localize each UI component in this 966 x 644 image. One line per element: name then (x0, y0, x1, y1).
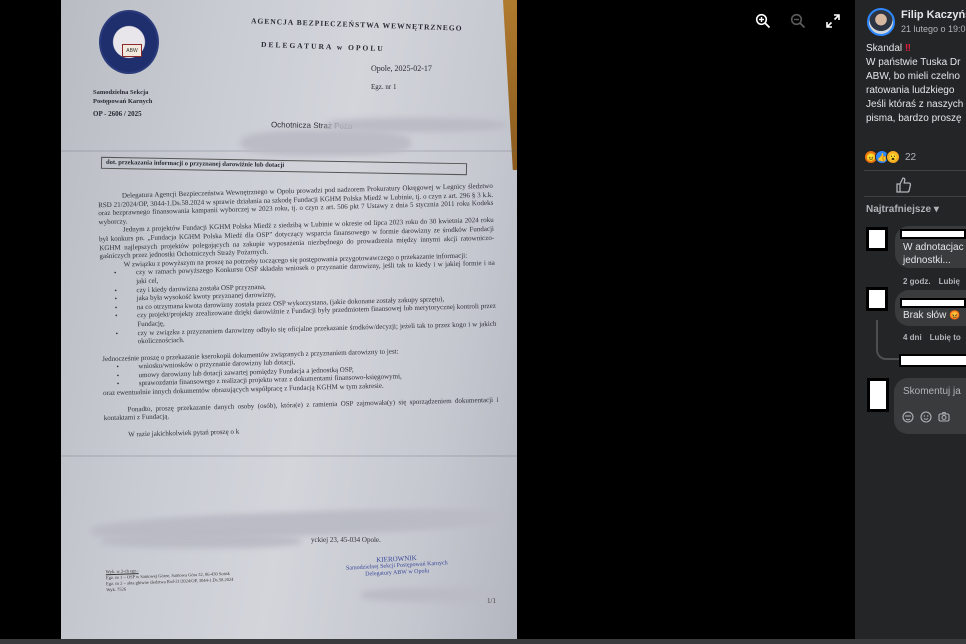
wow-reaction-icon: 😮 (886, 150, 900, 164)
bottom-bar (0, 639, 966, 644)
page-number: 1/1 (487, 597, 496, 605)
comment-line: jednostki... (903, 254, 964, 267)
comment-time[interactable]: 2 godz. (903, 277, 931, 286)
post-side-panel: Filip Kaczyński 21 lutego o 19:0 Skandal… (855, 0, 966, 639)
zoom-out-button[interactable] (787, 10, 809, 32)
comment-sort-dropdown[interactable]: Najtrafniejsze ▾ (866, 204, 939, 215)
current-user-avatar (867, 378, 889, 412)
abw-logo: ABW (99, 10, 159, 74)
agency-header: AGENCJA BEZPIECZEŃSTWA WEWNĘTRZNEGO (251, 16, 463, 32)
comment-text: W adnotacjac jednostki... (903, 241, 964, 267)
expand-icon (825, 13, 841, 29)
signature-stamp: KIEROWNIK Samodzielnej Sekcji Postępowań… (346, 553, 449, 579)
post-line: Skandal (866, 43, 902, 54)
redaction-blur (241, 130, 411, 156)
reference-number: OP - 2606 / 2025 (93, 110, 142, 118)
logo-text: ABW (122, 44, 142, 57)
zoom-in-icon (755, 13, 771, 29)
redaction-blur (361, 588, 491, 602)
thumbs-up-icon (895, 176, 913, 194)
comment-text: Brak słów 😡 (903, 309, 960, 322)
comment-meta: 2 godz.Lubię (903, 277, 960, 286)
exclamation-icon: ‼ (905, 43, 911, 54)
zoom-out-icon (790, 13, 806, 29)
post-line: W państwie Tuska Dr (866, 56, 966, 70)
reply-thread-line (876, 320, 900, 360)
letter-photo: ABW AGENCJA BEZPIECZEŃSTWA WEWNĘTRZNEGO … (61, 0, 517, 640)
comment-input[interactable]: Skomentuj ja (894, 378, 966, 434)
commenter-avatar[interactable] (866, 227, 888, 251)
redacted-name (900, 298, 966, 308)
section-line: Samodzielna Sekcja (93, 88, 152, 97)
comment-placeholder: Skomentuj ja (903, 386, 961, 397)
redacted-name (900, 229, 966, 239)
caret-down-icon: ▾ (934, 204, 939, 215)
comment-time[interactable]: 4 dni (903, 333, 922, 342)
comment-line: W adnotacjac (903, 241, 964, 254)
fullscreen-button[interactable] (822, 10, 844, 32)
emoji-icon[interactable] (920, 411, 932, 423)
photo-viewer: ABW AGENCJA BEZPIECZEŃSTWA WEWNĘTRZNEGO … (0, 0, 855, 644)
post-text: Skandal ‼ W państwie Tuska Dr ABW, bo mi… (866, 42, 966, 126)
like-button[interactable] (895, 176, 913, 194)
angry-emoji-icon: 😡 (949, 310, 960, 320)
comment-like-link[interactable]: Lubię to (930, 333, 961, 342)
post-line: pisma, bardzo proszę (866, 112, 966, 126)
commenter-avatar[interactable] (866, 287, 888, 311)
question-list: czy w ramach powyższego Konkursu OSP skł… (100, 259, 497, 347)
comment-like-link[interactable]: Lubię (939, 277, 960, 286)
post-line: ratowania ludzkiego (866, 84, 966, 98)
post-line: ABW, bo mieli czelno (866, 70, 966, 84)
redacted-reply (899, 354, 966, 367)
sort-label: Najtrafniejsze (866, 204, 931, 215)
divider (864, 196, 966, 197)
letter-body: Delegatura Agencji Bezpieczeństwa Wewnęt… (98, 182, 499, 440)
comment-tools (902, 411, 950, 423)
section-name: Samodzielna Sekcja Postępowań Karnych (93, 88, 152, 106)
redaction-blur (101, 534, 301, 548)
avatar-sticker-icon[interactable] (902, 411, 914, 423)
reaction-count: 22 (905, 152, 916, 163)
comment-line: Brak słów (903, 310, 946, 321)
reaction-summary[interactable]: 😠 👍 😮 22 (864, 150, 916, 164)
section-line: Postępowań Karnych (93, 97, 152, 106)
comment-meta: 4 dniLubię to (903, 333, 961, 342)
author-name[interactable]: Filip Kaczyński (901, 9, 966, 21)
paper-fold (61, 455, 517, 457)
letter-subject: dot. przekazania informacji o przyznanej… (101, 157, 467, 175)
author-avatar[interactable] (867, 8, 895, 36)
place-date: Opole, 2025-02-17 (371, 64, 432, 73)
distribution-list: Wyk. w 2-ch egz.: Egz. nr 1 – OSP w Samo… (106, 565, 234, 593)
address-fragment: yckiej 23, 45-034 Opole. (311, 536, 381, 544)
delegation-header: DELEGATURA w OPOLU (261, 40, 385, 53)
camera-icon[interactable] (938, 411, 950, 423)
zoom-in-button[interactable] (752, 10, 774, 32)
post-date[interactable]: 21 lutego o 19:0 (901, 24, 966, 34)
post-line: Jeśli któraś z naszych (866, 98, 966, 112)
copy-number: Egz. nr 1 (371, 83, 396, 91)
divider (864, 170, 966, 171)
